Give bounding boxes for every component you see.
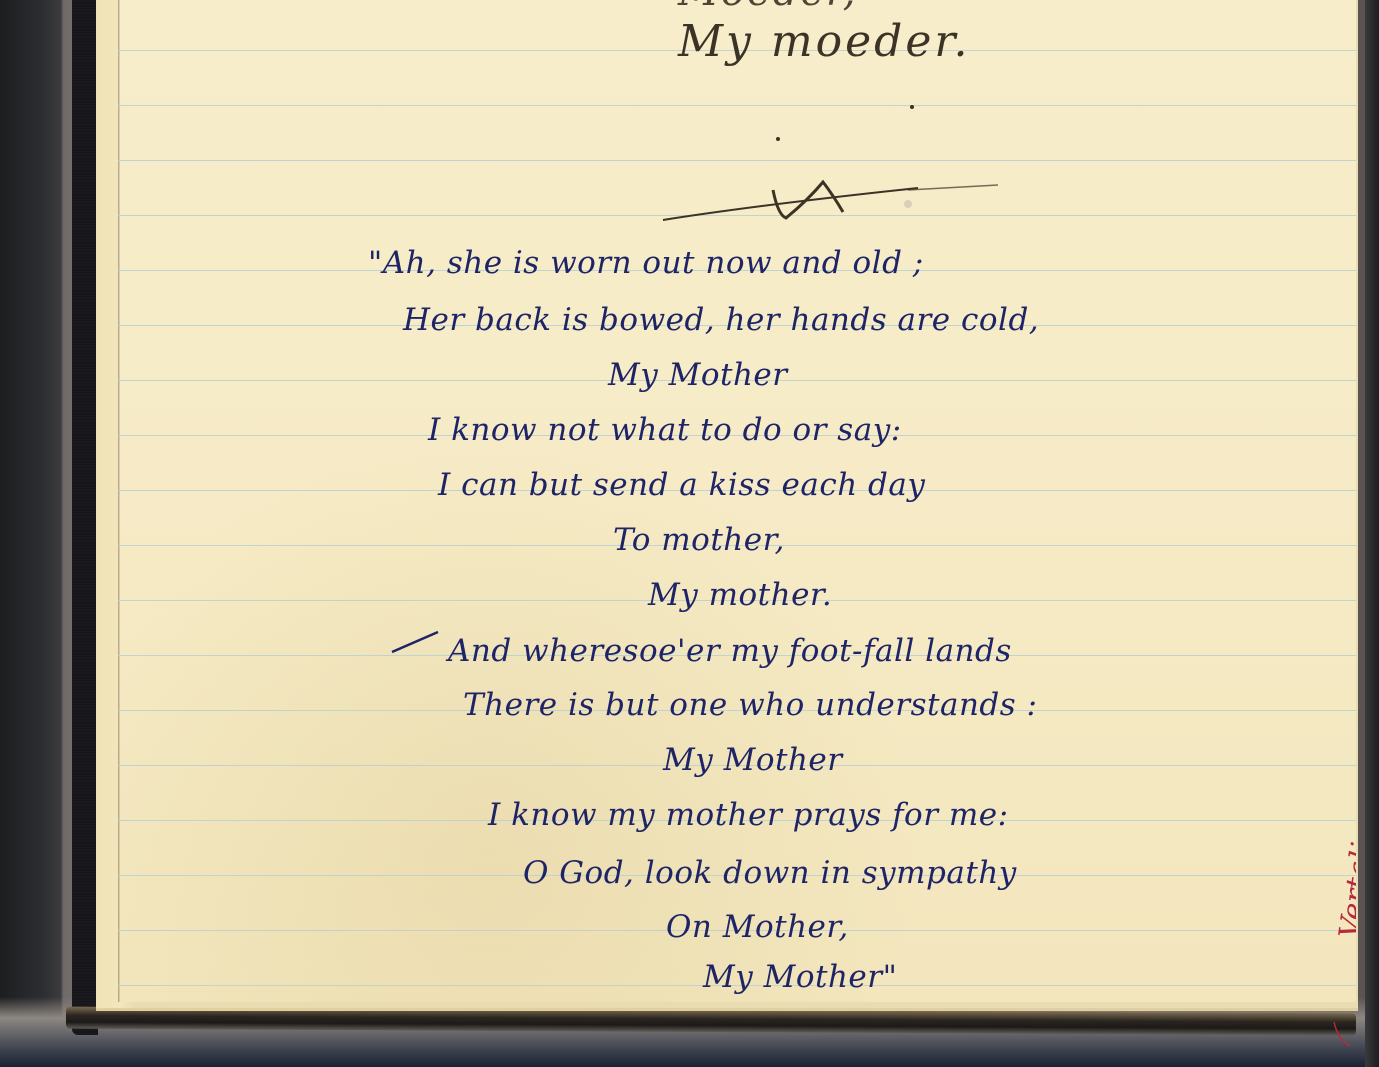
notebook-page: Moeder, My moeder. "Ah, she is worn out … (118, 0, 1356, 1002)
poem: "Ah, she is worn out now and old ; Her b… (118, 0, 1356, 1002)
book-cover-spine (72, 0, 98, 1035)
poem-line: My Mother (663, 745, 843, 776)
bookmark-thread-icon (1330, 1020, 1360, 1050)
scan-edge-shadow (1365, 0, 1379, 1067)
poem-line: I can but send a kiss each day (438, 470, 925, 501)
poem-line: I know not what to do or say: (428, 415, 902, 446)
poem-line: There is but one who understands : (463, 690, 1037, 721)
poem-line: "Ah, she is worn out now and old ; (368, 248, 924, 279)
poem-line: To mother, (613, 525, 785, 556)
poem-line: My mother. (648, 580, 832, 611)
red-bracket-mark-icon (1353, 440, 1356, 500)
poem-line: My Mother" (703, 962, 897, 993)
poem-line: On Mother, (666, 912, 849, 943)
poem-line: Her back is bowed, her hands are cold, (403, 305, 1039, 336)
poem-line: My Mother (608, 360, 788, 391)
poem-line: I know my mother prays for me: (488, 800, 1009, 831)
poem-line: And wheresoe'er my foot-fall lands (448, 636, 1012, 667)
poem-line: O God, look down in sympathy (523, 858, 1017, 889)
stanza-mark-icon (390, 630, 440, 654)
notebook-scan: Moeder, My moeder. "Ah, she is worn out … (0, 0, 1379, 1067)
